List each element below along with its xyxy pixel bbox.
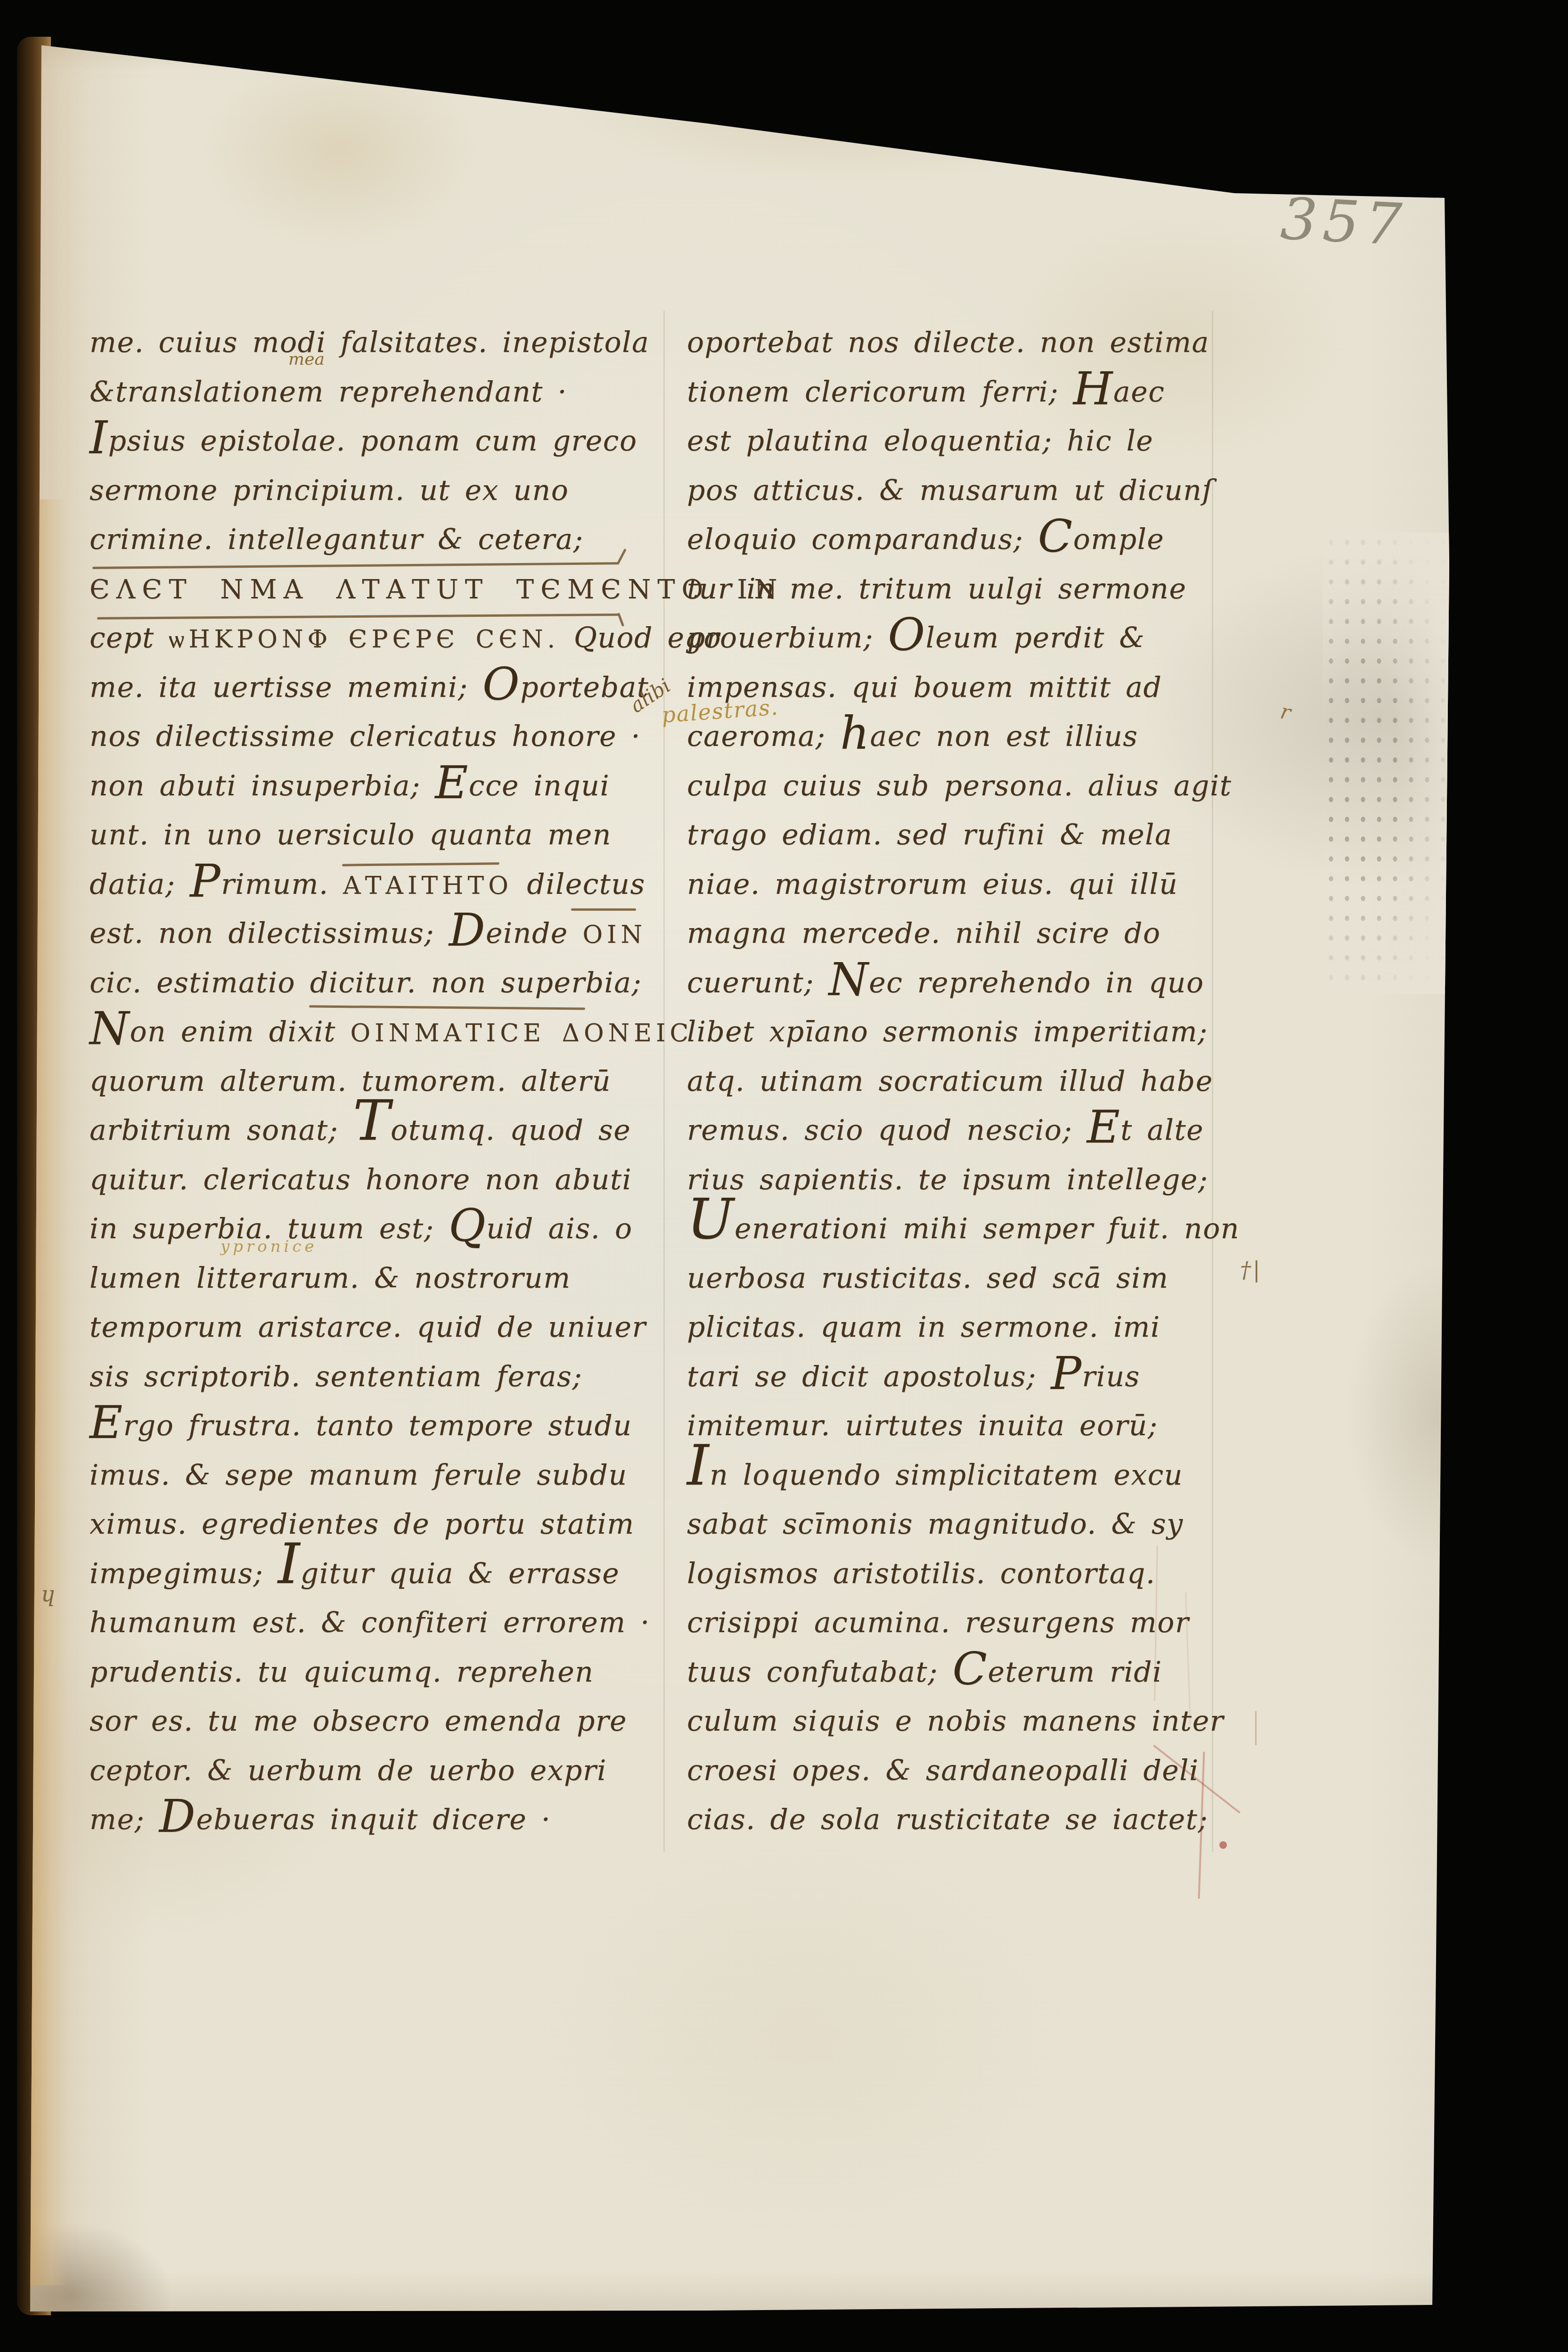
text-line: tur in me. tritum uulgi sermone	[687, 564, 1186, 613]
text-line: imus. & sepe manum ferule subdu	[90, 1451, 628, 1500]
text-line: ximus. egredientes de portu statim	[90, 1500, 635, 1549]
text-line: sermone principium. ut ex uno	[90, 466, 569, 515]
text-line: niae. magistrorum eius. qui illū	[687, 860, 1178, 909]
text-line: In loquendo simplicitatem excu	[687, 1451, 1183, 1500]
text-line: magna mercede. nihil scire do	[687, 909, 1161, 958]
text-line: cept ѡΗΚΡΟΝΦ ЄΡЄΡЄ CЄΝ. Quod ego	[90, 613, 721, 662]
text-line: crisippi acumina. resurgens mor	[687, 1598, 1189, 1647]
red-offset-stroke-small	[1255, 1711, 1257, 1745]
text-line: Uenerationi mihi semper fuit. non	[687, 1204, 1240, 1253]
text-line: cic. estimatio dicitur. non superbia;	[90, 958, 642, 1007]
text-line: prudentis. tu quicumq. reprehen	[90, 1648, 594, 1697]
text-line: libet xpīano sermonis imperitiam;	[687, 1007, 1208, 1056]
text-line: Ipsius epistolae. ponam cum greco	[90, 416, 637, 465]
text-line: est. non dilectissimus; Deinde ΟΙΝ	[90, 909, 646, 958]
text-line: Non enim dixit ΟΙΝΜΑΤΙCΕ ΔΟΝΕΙC	[90, 1007, 693, 1056]
text-line: prouerbium; Oleum perdit &	[687, 613, 1145, 662]
text-line: &translationem reprehendant ·	[90, 367, 567, 416]
text-line: remus. scio quod nescio; Et alte	[687, 1106, 1204, 1155]
text-line: non abuti insuperbia; Ecce inqui	[90, 761, 610, 810]
text-line: sor es. tu me obsecro emenda pre	[90, 1697, 627, 1746]
text-line: temporum aristarce. quid de uniuer	[90, 1303, 646, 1352]
text-line: culum siquis e nobis manens inter	[687, 1697, 1224, 1746]
text-line: me. ita uertisse memini; Oportebat	[90, 663, 649, 712]
margin-mark-left: ɥ	[41, 1581, 56, 1607]
text-line: me. cuius modi falsitates. inepistola	[90, 318, 649, 367]
text-line: imitemur. uirtutes inuita eorū;	[687, 1401, 1158, 1450]
text-line: culpa cuius sub persona. alius agit	[687, 761, 1232, 810]
text-line: plicitas. quam in sermone. imi	[687, 1303, 1160, 1352]
text-line: lumen litterarum. & nostrorum	[90, 1254, 571, 1303]
text-line: cias. de sola rusticitate se iactet;	[687, 1795, 1208, 1844]
margin-mark-cross: †|	[1240, 1257, 1262, 1282]
text-line: tionem clericorum ferri; Haec	[687, 367, 1165, 416]
text-line: in superbia. tuum est; Quid ais. o	[90, 1204, 633, 1253]
column-right: oportebat nos dilecte. non estimationem …	[687, 0, 1248, 2352]
text-line: croesi opes. & sardaneopalli deli	[687, 1746, 1199, 1795]
text-line: tari se dicit apostolus; Prius	[687, 1352, 1140, 1401]
text-line: quorum alterum. tumorem. alterū	[90, 1057, 611, 1106]
text-line: cuerunt; Nec reprehendo in quo	[687, 958, 1204, 1007]
text-line: crimine. intellegantur & cetera;	[90, 515, 583, 564]
manuscript-sheet: me. cuius modi falsitates. inepistola&tr…	[0, 0, 1568, 2352]
text-line: eloquio comparandus; Comple	[687, 515, 1164, 564]
red-offset-dot	[1219, 1841, 1227, 1849]
interlinear-gloss-litterarum: ypronice	[220, 1237, 318, 1256]
text-line: oportebat nos dilecte. non estima	[687, 318, 1209, 367]
text-line: pos atticus. & musarum ut dicunſ	[687, 466, 1213, 515]
text-line: Ergo frustra. tanto tempore studu	[90, 1401, 632, 1450]
text-line: uerbosa rusticitas. sed scā sim	[687, 1254, 1168, 1303]
text-line: nos dilectissime clericatus honore ·	[90, 712, 641, 761]
text-line: sabat scīmonis magnitudo. & sy	[687, 1500, 1184, 1549]
text-line: me; Debueras inquit dicere ·	[90, 1795, 551, 1844]
text-line: ceptor. & uerbum de uerbo expri	[90, 1746, 607, 1795]
interlinear-gloss-mea: mea	[288, 350, 325, 369]
follicle-speckle-area	[1323, 532, 1449, 994]
text-line: arbitrium sonat; Totumq. quod se	[90, 1106, 631, 1155]
column-left: me. cuius modi falsitates. inepistola&tr…	[90, 0, 688, 2352]
text-line: atq. utinam socraticum illud habe	[687, 1057, 1213, 1106]
text-line: ЄΛЄΤ ΝΜΑ ΛΤΑΤUΤ ΤЄΜЄΝΤΟ ΙΝ	[90, 564, 784, 613]
margin-mark-flourish: r	[1278, 699, 1293, 725]
overline-greek-oin	[571, 908, 636, 911]
text-line: sis scriptorib. sententiam feras;	[90, 1352, 582, 1401]
folio-number: 357	[1279, 185, 1409, 259]
text-line: est plautina eloquentia; hic le	[687, 416, 1153, 465]
text-line: tuus confutabat; Ceterum ridi	[687, 1648, 1162, 1697]
page-background: me. cuius modi falsitates. inepistola&tr…	[0, 0, 1568, 2352]
text-line: quitur. clericatus honore non abuti	[90, 1155, 632, 1204]
text-line: unt. in uno uersiculo quanta men	[90, 810, 612, 859]
text-line: trago ediam. sed rufini & mela	[687, 810, 1172, 859]
text-line: rius sapientis. te ipsum intellege;	[687, 1155, 1209, 1204]
text-line: datia; Primum. ΑΤΑΙΤΗΤΟ dilectus	[90, 860, 645, 909]
text-line: impegimus; Igitur quia & errasse	[90, 1549, 620, 1598]
text-line: logismos aristotilis. contortaq.	[687, 1549, 1156, 1598]
text-line: humanum est. & confiteri errorem ·	[90, 1598, 650, 1647]
